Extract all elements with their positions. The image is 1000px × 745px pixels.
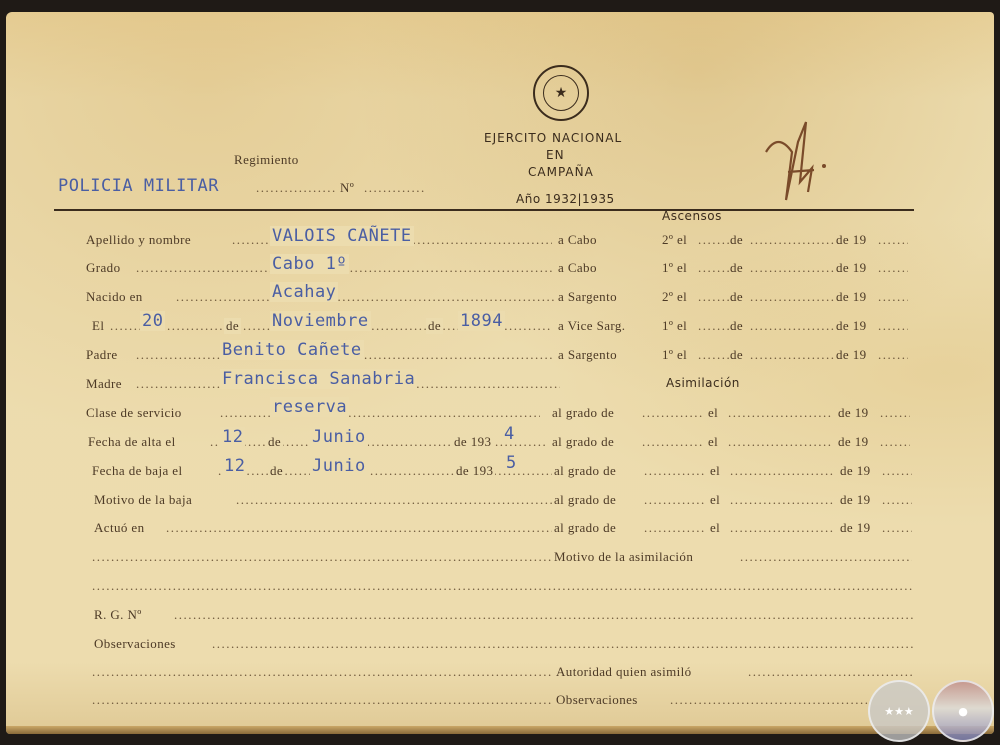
asim-el-label: el: [710, 492, 720, 508]
nacido-label: Nacido en: [86, 289, 143, 305]
padre-value: Benito Cañete: [220, 340, 364, 360]
ascenso-ord: 2º el: [662, 232, 687, 248]
asim-year-label: de 19: [840, 492, 871, 508]
ascenso-de: de: [730, 347, 743, 363]
org-title-en: EN: [546, 148, 565, 162]
de-label-2: de: [426, 318, 443, 334]
ascenso-year: de 19: [836, 347, 867, 363]
madre-label: Madre: [86, 376, 122, 392]
ascensos-title: Ascensos: [662, 209, 722, 223]
asim-grado-label: al grado de: [552, 434, 614, 450]
ascenso-rank: a Cabo: [558, 260, 597, 276]
asim-el-label: el: [708, 434, 718, 450]
asim-grado-label: al grado de: [554, 463, 616, 479]
padre-label: Padre: [86, 347, 118, 363]
regimiento-value: POLICIA MILITAR: [58, 176, 219, 196]
observaciones-label: Observaciones: [94, 636, 176, 652]
ascenso-rank: a Vice Sarg.: [558, 318, 625, 334]
alta-year-digit: 4: [502, 424, 517, 444]
baja-month: Junio: [310, 456, 368, 476]
regimiento-label: Regimiento: [234, 152, 299, 168]
asim-grado-label: al grado de: [552, 405, 614, 421]
ascenso-year: de 19: [836, 260, 867, 276]
actuo-label: Actuó en: [94, 520, 145, 536]
apellido-value: VALOIS CAÑETE: [270, 226, 414, 246]
military-record-card: ★ EJERCITO NACIONAL EN CAMPAÑA Año 1932|…: [6, 12, 994, 734]
asim-observaciones-label: Observaciones: [556, 692, 638, 708]
signature-icon: [758, 112, 838, 202]
rg-label: R. G. Nº: [94, 607, 142, 623]
alta-day: 12: [220, 427, 245, 447]
ascenso-ord: 2º el: [662, 289, 687, 305]
numero-label: Nº: [340, 180, 354, 196]
birth-day: 20: [140, 311, 165, 331]
archive-stars-watermark-icon: ★★★: [868, 680, 930, 742]
ascenso-ord: 1º el: [662, 318, 687, 334]
nacido-value: Acahay: [270, 282, 338, 302]
asim-year-label: de 19: [838, 405, 869, 421]
el-label: El: [92, 318, 104, 334]
asim-year-label: de 19: [840, 463, 871, 479]
clase-label: Clase de servicio: [86, 405, 182, 421]
asim-el-label: el: [710, 520, 720, 536]
ascenso-ord: 1º el: [662, 347, 687, 363]
grado-label: Grado: [86, 260, 121, 276]
motivo-baja-label: Motivo de la baja: [94, 492, 192, 508]
national-seal-icon: ★: [533, 65, 589, 121]
alta-month: Junio: [310, 427, 368, 447]
madre-value: Francisca Sanabria: [220, 369, 417, 389]
de-label: de: [224, 318, 241, 334]
ascenso-ord: 1º el: [662, 260, 687, 276]
alta-year-prefix: de 193: [452, 434, 493, 450]
ascenso-de: de: [730, 289, 743, 305]
alta-de-label: de: [266, 434, 283, 450]
header-divider: [54, 209, 914, 211]
ascenso-year: de 19: [836, 289, 867, 305]
birth-year: 1894: [458, 311, 505, 331]
asim-el-label: el: [708, 405, 718, 421]
motivo-asimilacion-label: Motivo de la asimilación: [554, 549, 693, 565]
baja-de-label: de: [268, 463, 285, 479]
ascenso-rank: a Sargento: [558, 347, 617, 363]
baja-year-digit: 5: [504, 453, 519, 473]
ascenso-rank: a Cabo: [558, 232, 597, 248]
clase-value: reserva: [270, 397, 349, 417]
asimilacion-title: Asimilación: [666, 376, 740, 390]
org-title-campana: CAMPAÑA: [528, 165, 594, 179]
alta-label: Fecha de alta el: [88, 434, 176, 450]
asim-year-label: de 19: [840, 520, 871, 536]
ascenso-year: de 19: [836, 318, 867, 334]
baja-day: 12: [222, 456, 247, 476]
ascenso-rank: a Sargento: [558, 289, 617, 305]
ascenso-year: de 19: [836, 232, 867, 248]
grado-value: Cabo 1º: [270, 254, 349, 274]
asim-grado-label: al grado de: [554, 492, 616, 508]
year-range: Año 1932|1935: [516, 192, 615, 206]
ascenso-de: de: [730, 260, 743, 276]
baja-year-prefix: de 193: [454, 463, 495, 479]
org-title: EJERCITO NACIONAL: [484, 131, 622, 145]
birth-month: Noviembre: [270, 311, 371, 331]
asim-grado-label: al grado de: [554, 520, 616, 536]
ascenso-de: de: [730, 318, 743, 334]
asim-el-label: el: [710, 463, 720, 479]
apellido-label: Apellido y nombre: [86, 232, 191, 248]
ascenso-de: de: [730, 232, 743, 248]
baja-label: Fecha de baja el: [92, 463, 183, 479]
autoridad-label: Autoridad quien asimiló: [556, 664, 692, 680]
archive-flag-watermark-icon: ●: [932, 680, 994, 742]
asim-year-label: de 19: [838, 434, 869, 450]
